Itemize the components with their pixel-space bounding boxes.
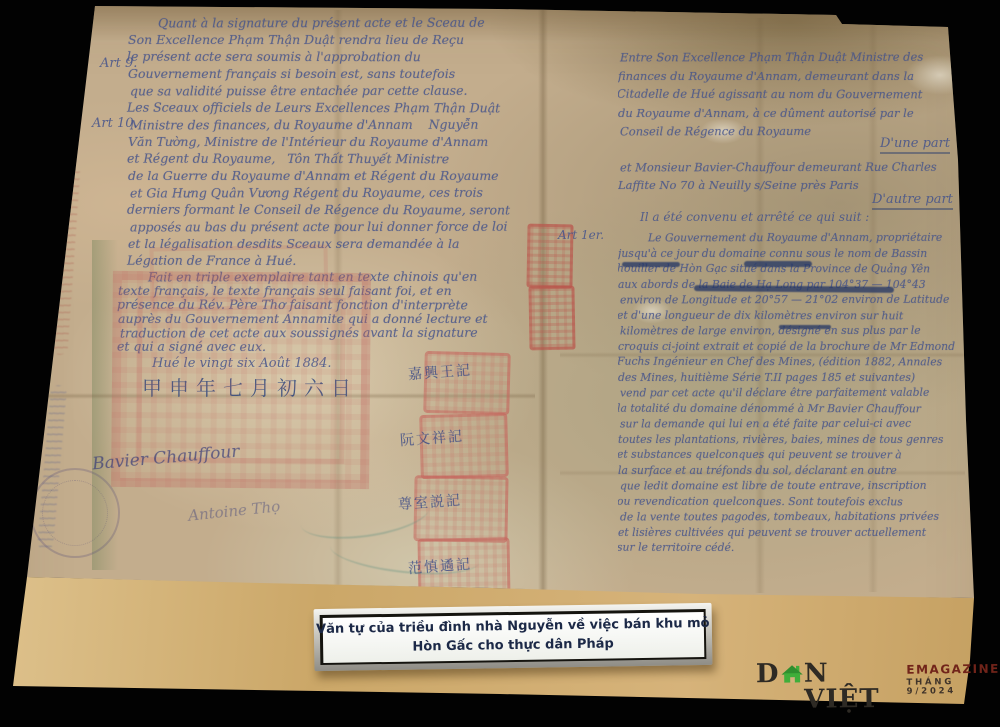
ink-smudge (779, 325, 831, 329)
handwritten-line: Gouvernement français si besoin est, san… (128, 65, 543, 82)
handwritten-line: que sa validité puisse être entachée par… (130, 82, 545, 100)
dune-part-label: D'une part (880, 136, 950, 154)
handwritten-line: et Régent du Royaume, Tôn Thất Thuyết Mi… (127, 150, 542, 168)
brand-text-n-viet: N VIỆT (804, 660, 900, 713)
caption-plaque: Văn tự của triều đình nhà Nguyễn về việc… (314, 603, 713, 671)
issue-date-label: THÁNG 9/2024 (906, 678, 1000, 696)
handwritten-line: apposés au bas du présent acte pour lui … (130, 218, 545, 236)
handwritten-line: la surface et au tréfonds du sol, déclar… (618, 463, 968, 479)
handwritten-line: Quant à la signature du présent acte et … (130, 14, 545, 32)
dan-viet-logo: D N VIỆT EMAGAZINE THÁNG 9/2024 (756, 659, 1000, 714)
handwritten-line: Les Sceaux officiels de Leurs Excellence… (127, 99, 542, 117)
handwritten-line: et Gia Hưng Quân Vương Régent du Royaume… (130, 184, 545, 202)
handwritten-line: Le Gouvernement du Royaume d'Annam, prop… (620, 230, 968, 246)
plaque-black-border: Văn tự của triều đình nhà Nguyễn về việc… (320, 609, 707, 665)
dautre-part-label: D'autre part (872, 192, 953, 210)
museum-photo: Art 9. Art 10. Quant à la signature du p… (0, 0, 1000, 727)
handwritten-line: sur le territoire cédé. (618, 540, 967, 556)
handwritten-line: de la vente toutes pagodes, tombeaux, ha… (620, 509, 968, 525)
article-1-label: Art 1er. (558, 228, 604, 242)
handwritten-line: finances du Royaume d'Annam, demeurant d… (618, 67, 970, 86)
handwritten-line: Fuchs Ingénieur en Chef des Mines, (édit… (618, 354, 967, 370)
handwritten-line: ou revendication quelconques. Sont toute… (618, 493, 967, 509)
handwritten-line: Văn Tường, Ministre de l'Intérieur du Ro… (128, 133, 543, 150)
handwritten-line: Ministre des finances, du Royaume d'Anna… (130, 116, 545, 134)
handwritten-line: du Royaume d'Annam, à ce dûment autorisé… (618, 104, 970, 123)
handwritten-line: que ledit domaine est libre de toute ent… (620, 478, 968, 494)
emagazine-label: EMAGAZINE (906, 663, 1000, 676)
ink-smudge (744, 261, 812, 267)
right-page-party2-text: et Monsieur Bavier-Chauffour demeurant R… (618, 158, 970, 194)
handwritten-line: toutes les plantations, rivières, baies,… (618, 432, 968, 448)
logo-right-block: EMAGAZINE THÁNG 9/2024 (906, 659, 1000, 696)
caption-line-2: Hòn Gấc cho thực dân Pháp (412, 635, 614, 657)
imperial-seal-inner (136, 296, 345, 464)
handwritten-line: et d'une longueur de dix kilomètres envi… (618, 307, 967, 323)
green-house-icon (780, 662, 803, 686)
red-seal-stamp (528, 286, 575, 351)
agreement-line: Il a été convenu et arrêté ce qui suit : (640, 210, 869, 224)
ink-smudge (622, 262, 680, 267)
handwritten-line: Citadelle de Hué agissant au nom du Gouv… (618, 85, 969, 104)
right-page-intro-text: Entre Son Excellence Phạm Thận Duật Mini… (618, 48, 970, 141)
right-page-body-text: Le Gouvernement du Royaume d'Annam, prop… (618, 230, 968, 556)
handwritten-line: vend par cet acte qu'il déclare être par… (620, 385, 968, 401)
brand-letter-d: D (756, 661, 780, 687)
handwritten-line: des Mines, huitième Série T.II pages 185… (618, 370, 968, 386)
handwritten-line: et Monsieur Bavier-Chauffour demeurant R… (620, 158, 970, 176)
margin-annotation (51, 165, 80, 356)
handwritten-line: derniers formant le Conseil de Régence d… (127, 201, 542, 219)
left-page-body-text: Quant à la signature du présent acte et … (128, 14, 543, 269)
signature-antoine-tho: Antoine Thọ (187, 497, 281, 525)
handwritten-line: environ de Longitude et 20°57 — 21°02 en… (620, 292, 968, 308)
plaque-face: Văn tự của triều đình nhà Nguyễn về việc… (322, 612, 704, 663)
handwritten-line: sur la demande qui lui en a été faite pa… (620, 416, 968, 432)
handwritten-line: jusqu'à ce jour du domaine connu sous le… (618, 246, 968, 262)
handwritten-line: la totalité du domaine dénommé à Mr Bavi… (618, 400, 967, 416)
handwritten-line: et lisières cultivées qui peuvent se tro… (618, 525, 968, 541)
handwritten-line: croquis ci-joint extrait et copié de la … (618, 339, 968, 355)
handwritten-line: et substances quelconques qui peuvent se… (618, 447, 967, 463)
handwritten-line: de la Guerre du Royaume d'Annam et Régen… (128, 167, 543, 184)
handwritten-line: Entre Son Excellence Phạm Thận Duật Mini… (620, 48, 970, 67)
handwritten-line: le présent acte sera soumis à l'approbat… (127, 48, 542, 66)
handwritten-line: Son Excellence Phạm Thận Duật rendra lie… (128, 31, 543, 48)
